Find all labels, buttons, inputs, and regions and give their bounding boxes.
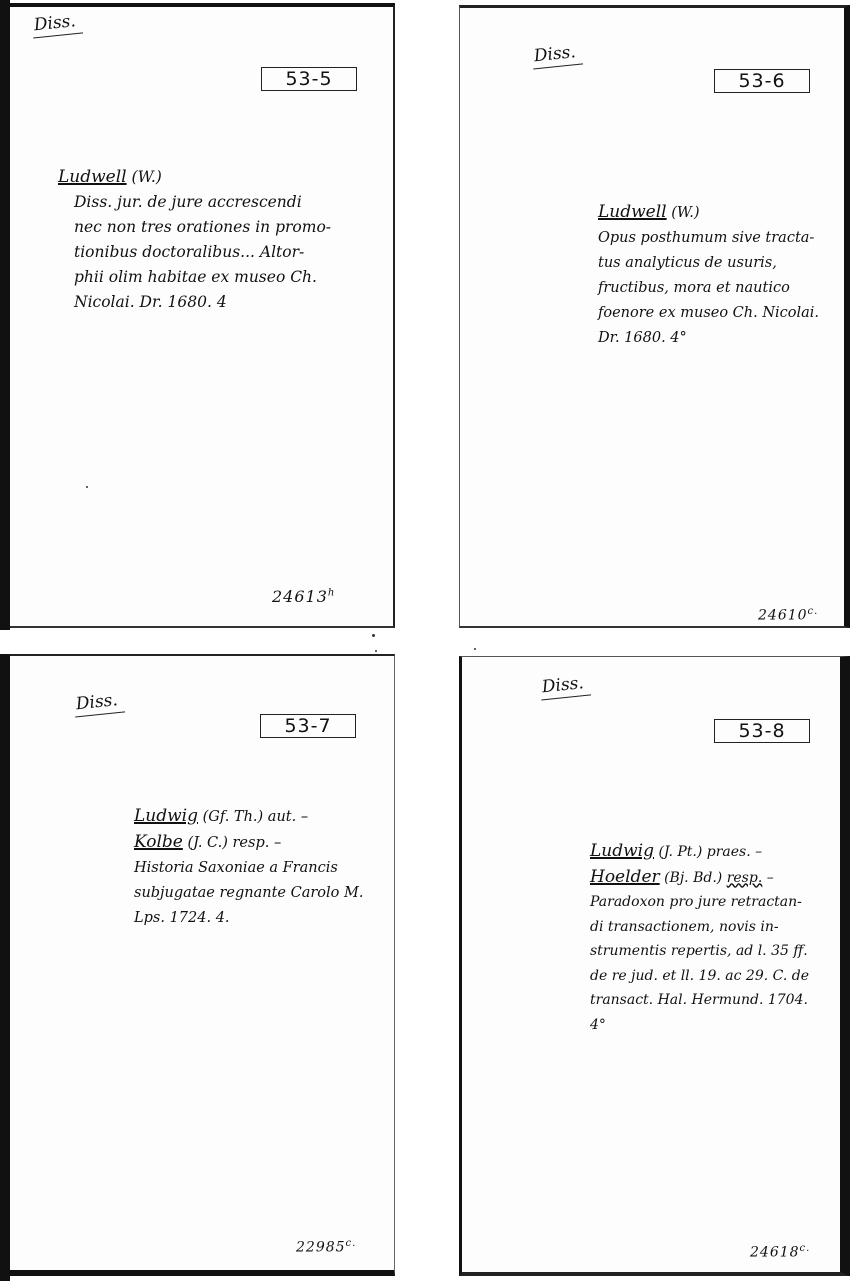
scan-speck bbox=[375, 650, 377, 652]
accession-number: 24618c. bbox=[750, 1243, 810, 1261]
respondent-initials: (Bj. Bd.) bbox=[664, 870, 722, 886]
scan-speck bbox=[86, 486, 88, 488]
accession-suffix: c. bbox=[346, 1238, 357, 1249]
entry-line: nec non tres orationes in promo- bbox=[58, 215, 331, 240]
entry-line: 4° bbox=[590, 1013, 809, 1038]
accession-value: 24610 bbox=[758, 608, 808, 624]
entry-line: Opus posthumum sive tracta- bbox=[598, 226, 819, 251]
entry-line: di transactionem, novis in- bbox=[590, 915, 809, 940]
author-line: Ludwig (J. Pt.) praes. – bbox=[590, 839, 809, 865]
catalog-card-53-5: Diss. 53-5 Ludwell (W.) Diss. jur. de ju… bbox=[10, 3, 395, 628]
accession-value: 24618 bbox=[750, 1245, 800, 1261]
category-label: Diss. bbox=[531, 41, 583, 69]
catalog-card-53-7: Diss. 53-7 Ludwig (Gf. Th.) aut. – Kolbe… bbox=[10, 654, 395, 1276]
category-label: Diss. bbox=[31, 10, 83, 38]
accession-suffix: h bbox=[328, 588, 335, 599]
catalog-entry: Ludwell (W.) Diss. jur. de jure accresce… bbox=[58, 165, 331, 315]
accession-number: 24610c. bbox=[758, 606, 818, 624]
respondent-role: resp. bbox=[727, 870, 763, 886]
respondent-line: Hoelder (Bj. Bd.) resp. – bbox=[590, 865, 809, 891]
entry-line: phii olim habitae ex museo Ch. bbox=[58, 265, 331, 290]
shelfmark-box: 53-6 bbox=[714, 69, 810, 93]
entry-line: tionibus doctoralibus... Altor- bbox=[58, 240, 331, 265]
scan-speck bbox=[372, 634, 375, 637]
author-initials: (W.) bbox=[132, 168, 162, 186]
catalog-entry: Ludwig (Gf. Th.) aut. – Kolbe (J. C.) re… bbox=[134, 804, 363, 931]
entry-line: Nicolai. Dr. 1680. 4 bbox=[58, 290, 331, 315]
dash: – bbox=[762, 870, 773, 886]
entry-line: fructibus, mora et nautico bbox=[598, 276, 819, 301]
accession-suffix: c. bbox=[808, 606, 819, 617]
entry-line: tus analyticus de usuris, bbox=[598, 251, 819, 276]
accession-number: 24613h bbox=[272, 587, 335, 606]
scan-edge bbox=[0, 0, 10, 630]
entry-line: Dr. 1680. 4° bbox=[598, 326, 819, 351]
shelfmark-box: 53-7 bbox=[260, 714, 356, 738]
respondent-line: Kolbe (J. C.) resp. – bbox=[134, 830, 363, 856]
scan-speck bbox=[474, 648, 476, 650]
entry-line: subjugatae regnante Carolo M. bbox=[134, 881, 363, 906]
accession-number: 22985c. bbox=[296, 1238, 356, 1256]
scan-edge bbox=[0, 654, 10, 1281]
catalog-card-53-6: Diss. 53-6 Ludwell (W.) Opus posthumum s… bbox=[459, 5, 850, 628]
catalog-entry: Ludwell (W.) Opus posthumum sive tracta-… bbox=[598, 200, 819, 351]
entry-line: transact. Hal. Hermund. 1704. bbox=[590, 988, 809, 1013]
entry-line: Lps. 1724. 4. bbox=[134, 906, 363, 931]
entry-line: Paradoxon pro jure retractan- bbox=[590, 890, 809, 915]
shelfmark-box: 53-5 bbox=[261, 67, 357, 91]
author-name: Ludwell bbox=[58, 167, 127, 187]
accession-value: 22985 bbox=[296, 1240, 346, 1256]
category-label: Diss. bbox=[73, 689, 125, 717]
accession-value: 24613 bbox=[272, 587, 328, 606]
entry-line: Historia Saxoniae a Francis bbox=[134, 856, 363, 881]
entry-line: de re jud. et ll. 19. ac 29. C. de bbox=[590, 964, 809, 989]
author-name: Ludwig bbox=[590, 841, 654, 861]
respondent-role: (J. C.) resp. – bbox=[187, 835, 281, 851]
entry-line: Diss. jur. de jure accrescendi bbox=[58, 190, 331, 215]
author-initials: (W.) bbox=[671, 205, 699, 221]
heading: Ludwell (W.) bbox=[598, 200, 819, 226]
category-label: Diss. bbox=[539, 672, 591, 700]
catalog-card-53-8: Diss. 53-8 Ludwig (J. Pt.) praes. – Hoel… bbox=[459, 656, 850, 1276]
author-name: Ludwig bbox=[134, 806, 198, 826]
heading: Ludwell (W.) bbox=[58, 165, 331, 190]
author-role: (Gf. Th.) aut. – bbox=[203, 809, 308, 825]
entry-line: strumentis repertis, ad l. 35 ff. bbox=[590, 939, 809, 964]
respondent-name: Kolbe bbox=[134, 832, 183, 852]
entry-line: foenore ex museo Ch. Nicolai. bbox=[598, 301, 819, 326]
respondent-name: Hoelder bbox=[590, 867, 660, 887]
shelfmark-box: 53-8 bbox=[714, 719, 810, 743]
author-name: Ludwell bbox=[598, 202, 667, 222]
catalog-entry: Ludwig (J. Pt.) praes. – Hoelder (Bj. Bd… bbox=[590, 839, 809, 1037]
author-role: (J. Pt.) praes. – bbox=[658, 844, 762, 860]
author-line: Ludwig (Gf. Th.) aut. – bbox=[134, 804, 363, 830]
accession-suffix: c. bbox=[800, 1243, 811, 1254]
